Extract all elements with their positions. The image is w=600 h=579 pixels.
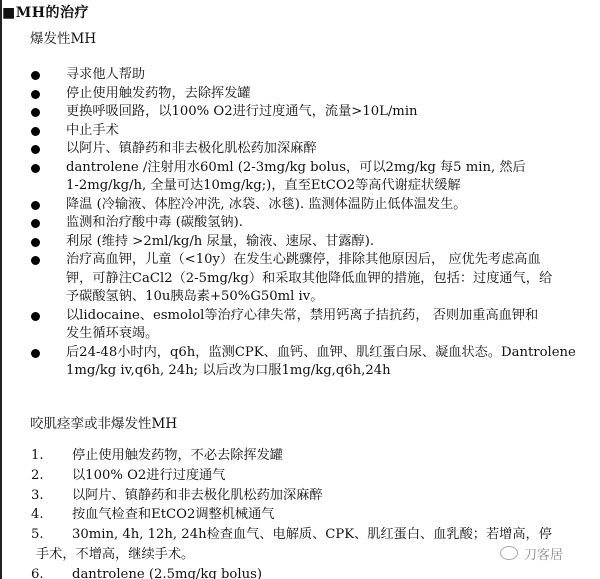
list-item-number: 1. [31,446,44,466]
list-item: 以lidocaine、esmolol等治疗心律失常，禁用钙离子拮抗药， 否则加重… [0,307,600,344]
bullet-icon [31,145,40,154]
list-item-number: 2. [31,466,44,486]
list-item-text: 按血气检查和EtCO2调整机械通气 [72,505,596,525]
list-item: 2.以100% O2进行过度通气 [0,466,600,486]
bullet-icon [31,108,40,117]
list-item-text: 30min, 4h, 12h, 24h检查血气、电解质、CPK、肌红蛋白、血乳酸… [72,525,596,545]
list-item-text: 钾，可静注CaCl2（2-5mg/kg）和采取其他降低血钾的措施，包括：过度通气… [66,270,596,289]
list-item-number: 3. [31,486,44,506]
bullet-icon [31,312,40,321]
list-item-text: 停止使用触发药物，不必去除挥发罐 [72,446,596,466]
document-title: ■MH的治疗 [2,2,89,22]
list-item-text: 以100% O2进行过度通气 [72,466,596,486]
list-item-text: 更换呼吸回路，以100% O2进行过度通气，流量>10L/min [66,103,596,122]
section-heading-masseter-spasm: 咬肌痉挛或非爆发性MH [30,412,177,432]
list-item-text: 以阿片、镇静药和非去极化肌松药加深麻醉 [66,140,596,159]
list-item-text: 治疗高血钾，儿童（<10y）在发生心跳骤停，排除其他原因后， 应优先考虑高血 [66,251,596,270]
list-item: 3.以阿片、镇静药和非去极化肌松药加深麻醉 [0,486,600,506]
list-item: 监测和治疗酸中毒 (碳酸氢钠). [0,214,600,233]
bullet-icon [31,201,40,210]
list-item: dantrolene /注射用水60ml (2-3mg/kg bolus，可以2… [0,159,600,196]
list-item-text: 寻求他人帮助 [66,66,596,85]
list-item-text: 利尿 (维持 >2ml/kg/h 尿量，输液、速尿、甘露醇). [66,233,596,252]
list-item-text: 降温 (冷输液、体腔冷冲洗, 冰袋、冰毯). 监测体温防止低体温发生。 [66,196,596,215]
list-item-text: 后24-48小时内，q6h，监测CPK、血钙、血钾、肌红蛋白尿、凝血状态。Dan… [66,344,596,363]
bullet-icon [31,90,40,99]
list-item-text: 监测和治疗酸中毒 (碳酸氢钠). [66,214,596,233]
bullet-icon [31,219,40,228]
list-item-text: 1mg/kg iv,q6h, 24h; 以后改为口服1mg/kg,q6h,24h [66,362,596,381]
list-item: 治疗高血钾，儿童（<10y）在发生心跳骤停，排除其他原因后， 应优先考虑高血钾，… [0,251,600,307]
list-item-text: 予碳酸氢钠、10u胰岛素+50%G50ml iv。 [66,288,596,307]
list-item-text: 以lidocaine、esmolol等治疗心律失常，禁用钙离子拮抗药， 否则加重… [66,307,596,326]
list-item-number: 5. [31,525,44,545]
list-item-text: 以阿片、镇静药和非去极化肌松药加深麻醉 [72,486,596,506]
list-item: 后24-48小时内，q6h，监测CPK、血钙、血钾、肌红蛋白尿、凝血状态。Dan… [0,344,600,381]
list-item: 4.按血气检查和EtCO2调整机械通气 [0,505,600,525]
section-heading-fulminant-mh: 爆发性MH [30,27,96,47]
list-item: 6.dantrolene (2.5mg/kg bolus) [0,565,600,579]
list-item-text: 中止手术 [66,122,596,141]
watermark: 刀客居 [500,544,563,563]
bullet-icon [31,349,40,358]
list-item: 1.停止使用触发药物，不必去除挥发罐 [0,446,600,466]
list-item: 中止手术 [0,122,600,141]
bullet-icon [31,256,40,265]
bullet-icon [31,238,40,247]
wechat-icon [500,546,518,560]
list-item: 利尿 (维持 >2ml/kg/h 尿量，输液、速尿、甘露醇). [0,233,600,252]
fulminant-mh-bullet-list: 寻求他人帮助停止使用触发药物，去除挥发罐更换呼吸回路，以100% O2进行过度通… [0,66,600,381]
list-item-text: 停止使用触发药物，去除挥发罐 [66,85,596,104]
list-item-text: 发生循环衰竭。 [66,325,596,344]
list-item: 停止使用触发药物，去除挥发罐 [0,85,600,104]
title-prefix-glyph: ■ [2,5,16,21]
list-item-text: dantrolene (2.5mg/kg bolus) [72,565,596,579]
list-item-text: dantrolene /注射用水60ml (2-3mg/kg bolus，可以2… [66,159,596,178]
list-item-number: 6. [31,565,44,579]
list-item-text: 1-2mg/kg/h, 全量可达10mg/kg;)，直至EtCO2等高代谢症状缓… [66,177,596,196]
list-item: 更换呼吸回路，以100% O2进行过度通气，流量>10L/min [0,103,600,122]
bullet-icon [31,164,40,173]
list-item: 以阿片、镇静药和非去极化肌松药加深麻醉 [0,140,600,159]
bullet-icon [31,71,40,80]
list-item-number: 4. [31,505,44,525]
bullet-icon [31,127,40,136]
list-item: 降温 (冷输液、体腔冷冲洗, 冰袋、冰毯). 监测体温防止低体温发生。 [0,196,600,215]
list-item: 寻求他人帮助 [0,66,600,85]
